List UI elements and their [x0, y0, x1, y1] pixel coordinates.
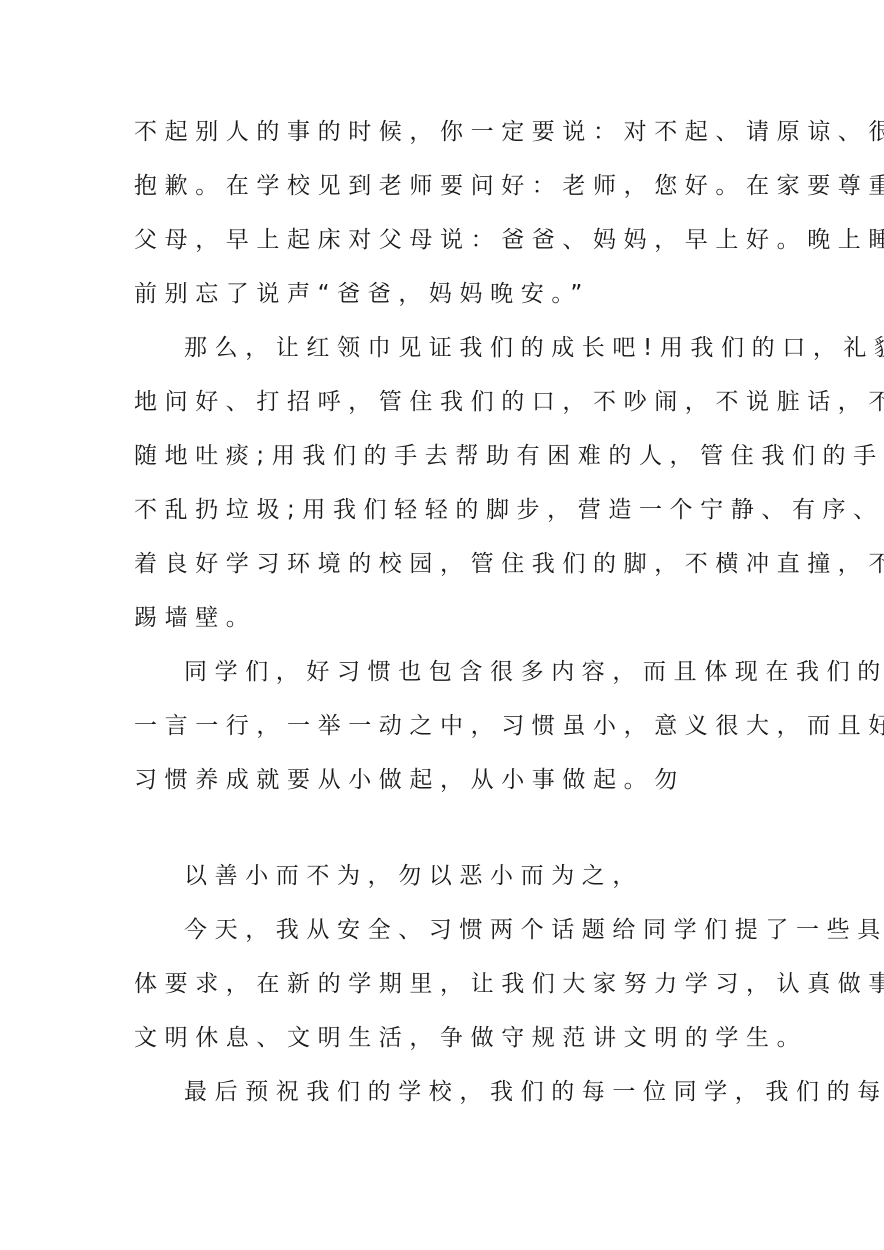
- paragraph-first-line: 今天，我从安全、习惯两个话题给同学们提了一些具: [184, 915, 750, 945]
- paragraph-first-line: 最后预祝我们的学校，我们的每一位同学，我们的每: [184, 1077, 750, 1107]
- text-line: 踢墙壁。: [134, 603, 750, 633]
- text-line: 地问好、打招呼，管住我们的口，不吵闹，不说脏话，不: [134, 387, 750, 417]
- text-line: 抱歉。在学校见到老师要问好：老师，您好。在家要尊重: [134, 171, 750, 201]
- document-page: 不起别人的事的时候，你一定要说：对不起、请原谅、很 抱歉。在学校见到老师要问好：…: [0, 0, 884, 1250]
- text-line: 一言一行，一举一动之中，习惯虽小，意义很大，而且好: [134, 711, 750, 741]
- text-line: 体要求，在新的学期里，让我们大家努力学习，认真做事: [134, 969, 750, 999]
- text-line: 父母，早上起床对父母说：爸爸、妈妈，早上好。晚上睡: [134, 225, 750, 255]
- text-line: 着良好学习环境的校园，管住我们的脚，不横冲直撞，不: [134, 549, 750, 579]
- text-line: 文明休息、文明生活，争做守规范讲文明的学生。: [134, 1023, 750, 1053]
- text-line: 不起别人的事的时候，你一定要说：对不起、请原谅、很: [134, 117, 750, 147]
- text-line: 前别忘了说声“爸爸，妈妈晚安。”: [134, 279, 750, 309]
- paragraph-first-line: 以善小而不为，勿以恶小而为之，: [184, 861, 750, 891]
- paragraph-first-line: 那么，让红领巾见证我们的成长吧!用我们的口，礼貌: [184, 333, 750, 363]
- paragraph-first-line: 同学们，好习惯也包含很多内容，而且体现在我们的: [184, 657, 750, 687]
- text-line: 随地吐痰;用我们的手去帮助有困难的人，管住我们的手，: [134, 441, 750, 471]
- text-line: 习惯养成就要从小做起，从小事做起。勿: [134, 765, 750, 795]
- text-line: 不乱扔垃圾;用我们轻轻的脚步，营造一个宁静、有序、有: [134, 495, 750, 525]
